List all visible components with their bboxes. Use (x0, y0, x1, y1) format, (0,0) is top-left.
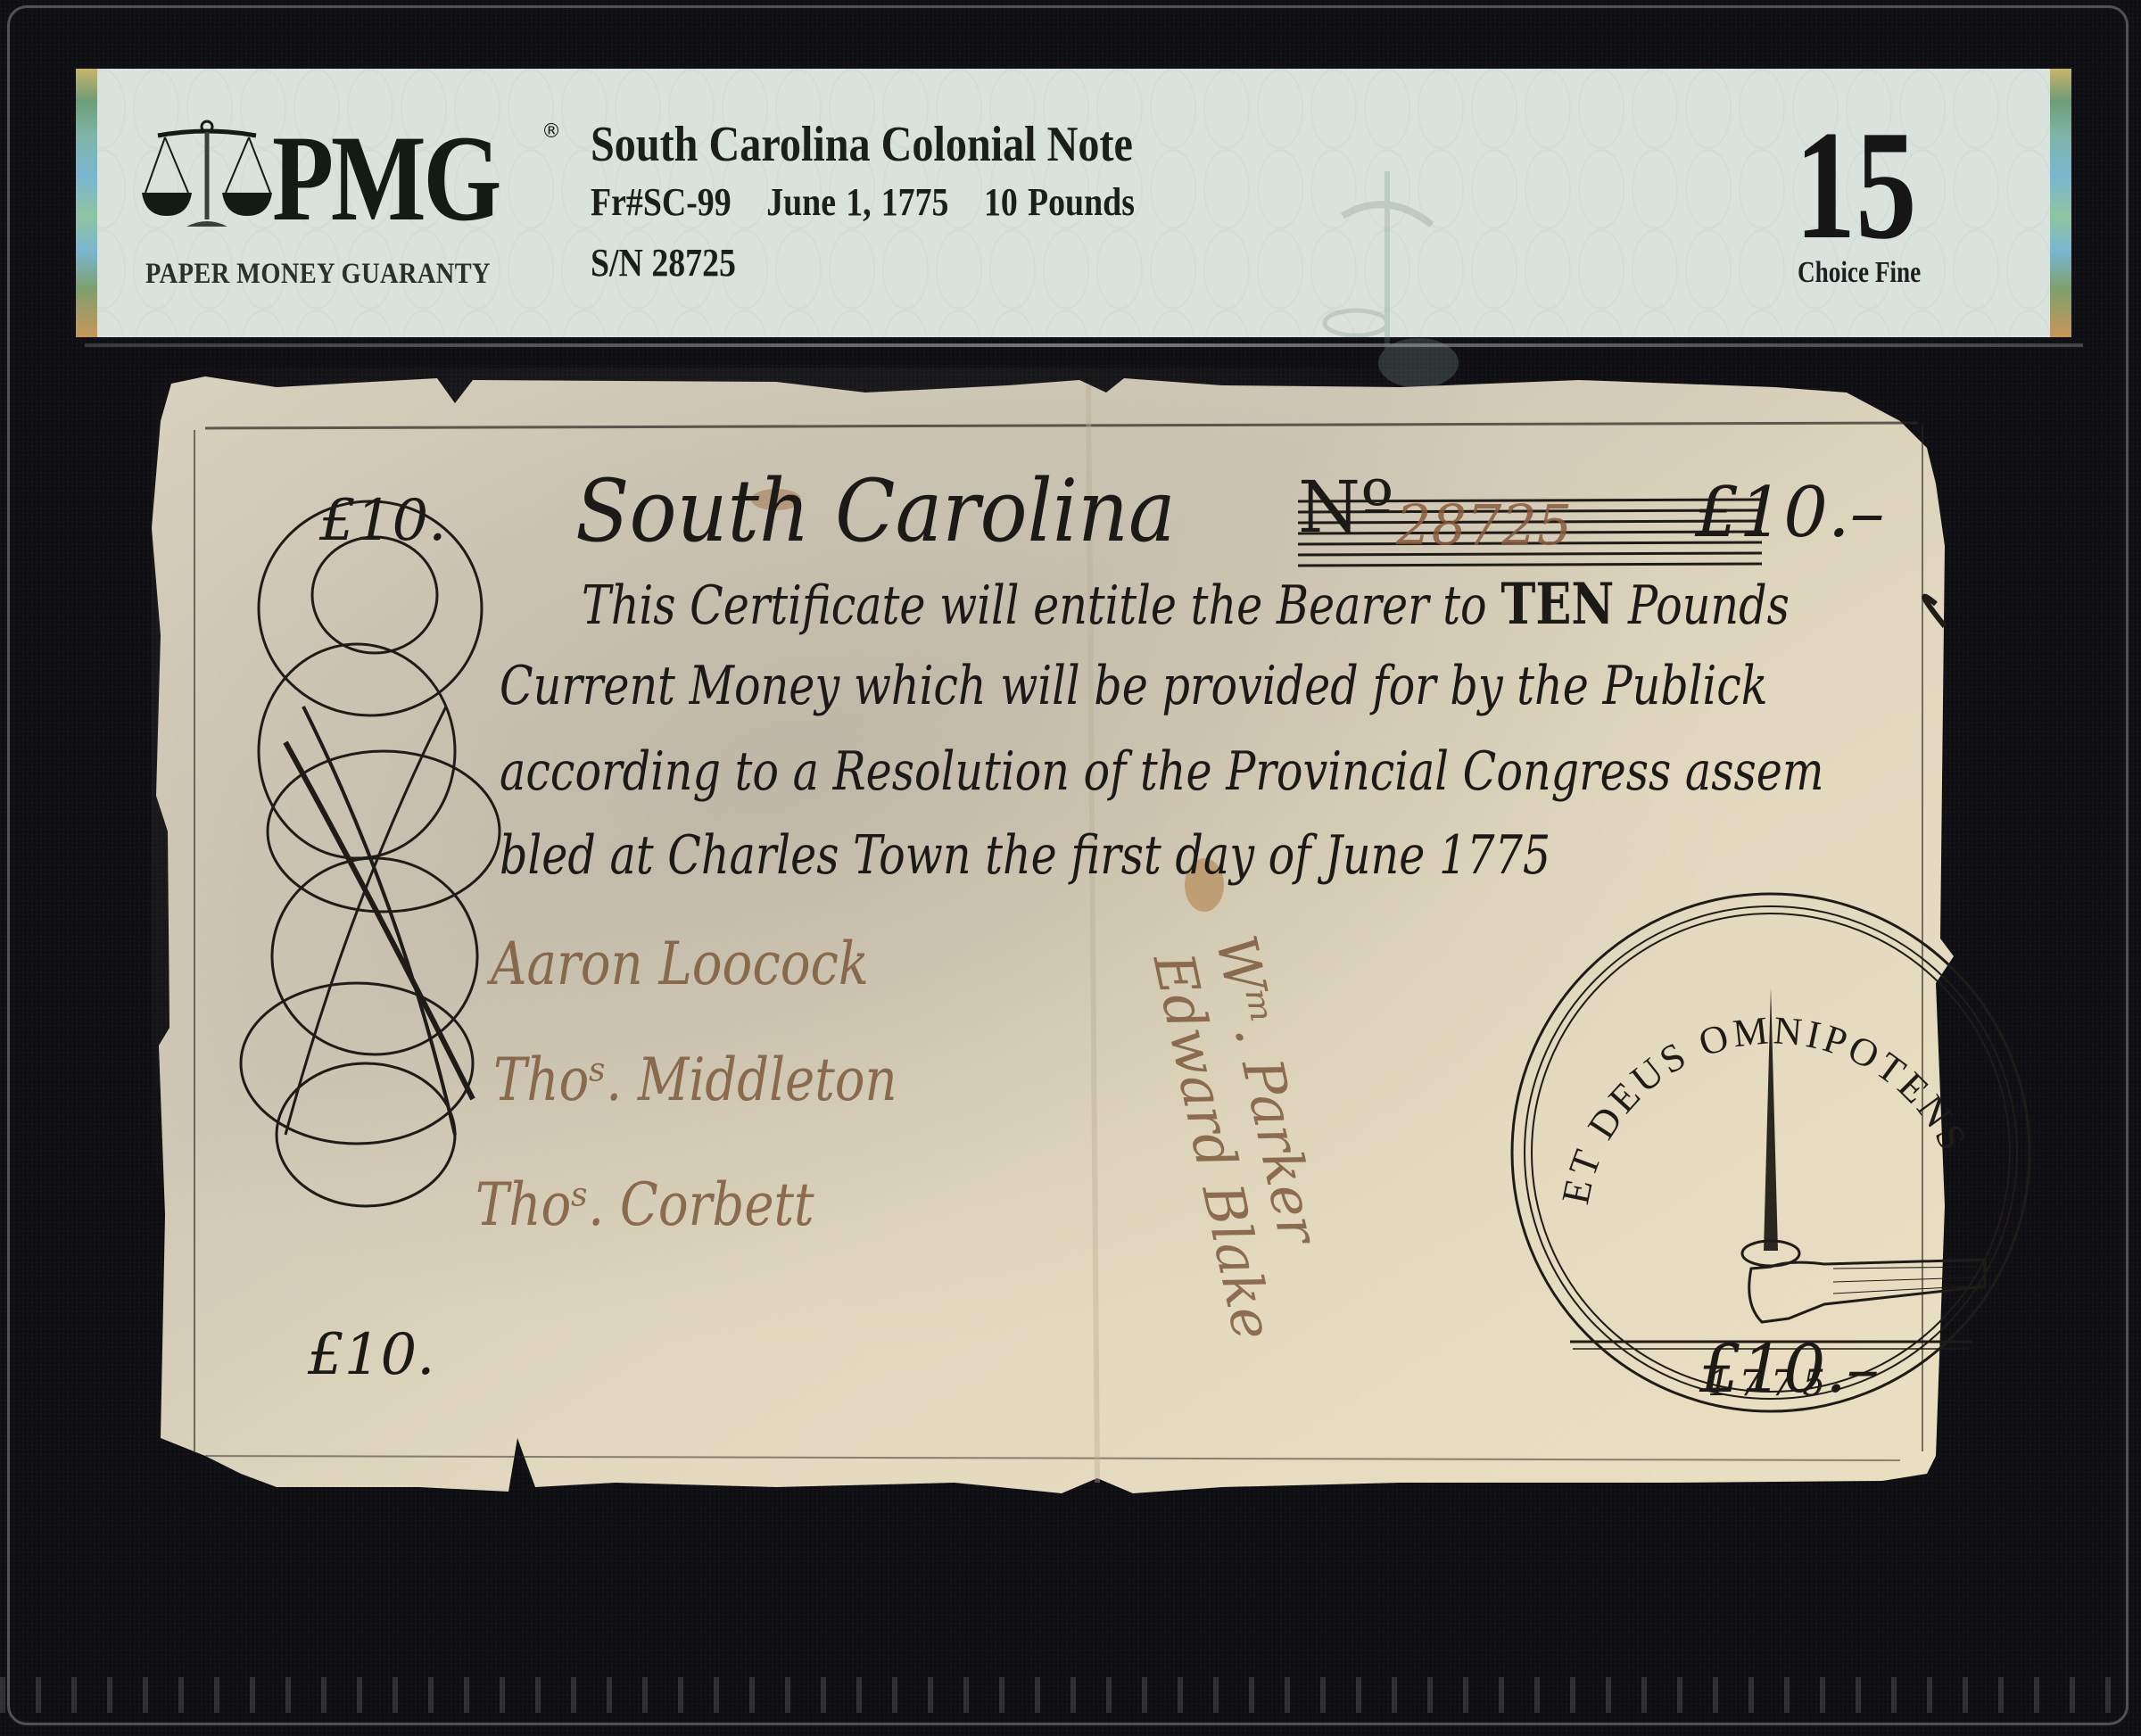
watermark-scales-icon (1307, 153, 1467, 394)
grade-description: Choice Fine (1798, 256, 1921, 290)
handwritten-number: 28725 (1396, 492, 1572, 558)
issue-date: June 1, 1775 (766, 180, 948, 224)
pmg-logo: PMG (140, 120, 549, 231)
grading-label: PMG ® PAPER MONEY GUARANTY South Carolin… (76, 69, 2071, 337)
denomination: 10 Pounds (984, 180, 1135, 224)
brand-tagline: PAPER MONEY GUARANTY (145, 258, 491, 291)
grade-number: 15 (1795, 113, 1917, 256)
header-title: South Carolina (575, 461, 1176, 561)
catalog-number: Fr#SC-99 (591, 180, 732, 224)
note-text-line: This Certificate will entitle the Bearer… (582, 571, 1790, 638)
note-text-line: Current Money which will be provided for… (500, 655, 1768, 717)
serial-number: S/N 28725 (591, 240, 736, 285)
scales-of-justice-icon (140, 120, 274, 231)
header-left-amount: £10. (319, 488, 447, 554)
slab-divider (85, 343, 2083, 347)
grading-slab: PMG ® PAPER MONEY GUARANTY South Carolin… (0, 0, 2141, 1736)
signature: Thoˢ. Middleton (493, 1046, 897, 1114)
note-details: Fr#SC-99June 1, 177510 Pounds (591, 179, 1170, 225)
seal-motto: ET DEUS OMNIPOTENS (1553, 1008, 1977, 1208)
bottom-left-amount: £10. (308, 1322, 435, 1388)
signature: Aaron Loocock (491, 930, 869, 998)
number-prefix: Nº (1298, 466, 1394, 549)
bottom-right-amount: £10.– (1699, 1331, 1880, 1408)
header-right-amount: £10.– (1695, 473, 1885, 553)
colonial-note: £10. South Carolina Nº 28725 £10.– This … (152, 368, 2003, 1527)
slab-bottom-edge (0, 1677, 2141, 1713)
pmg-wordmark: PMG (272, 126, 499, 231)
note-text-line: according to a Resolution of the Provinc… (500, 740, 1824, 803)
hologram-strip-right (2050, 69, 2071, 337)
registered-mark: ® (541, 120, 561, 143)
hologram-strip-left (76, 69, 97, 337)
note-title: South Carolina Colonial Note (591, 116, 1133, 173)
note-text-line: bled at Charles Town the first day of Ju… (500, 824, 1550, 887)
signature: Thoˢ. Corbett (475, 1170, 814, 1239)
